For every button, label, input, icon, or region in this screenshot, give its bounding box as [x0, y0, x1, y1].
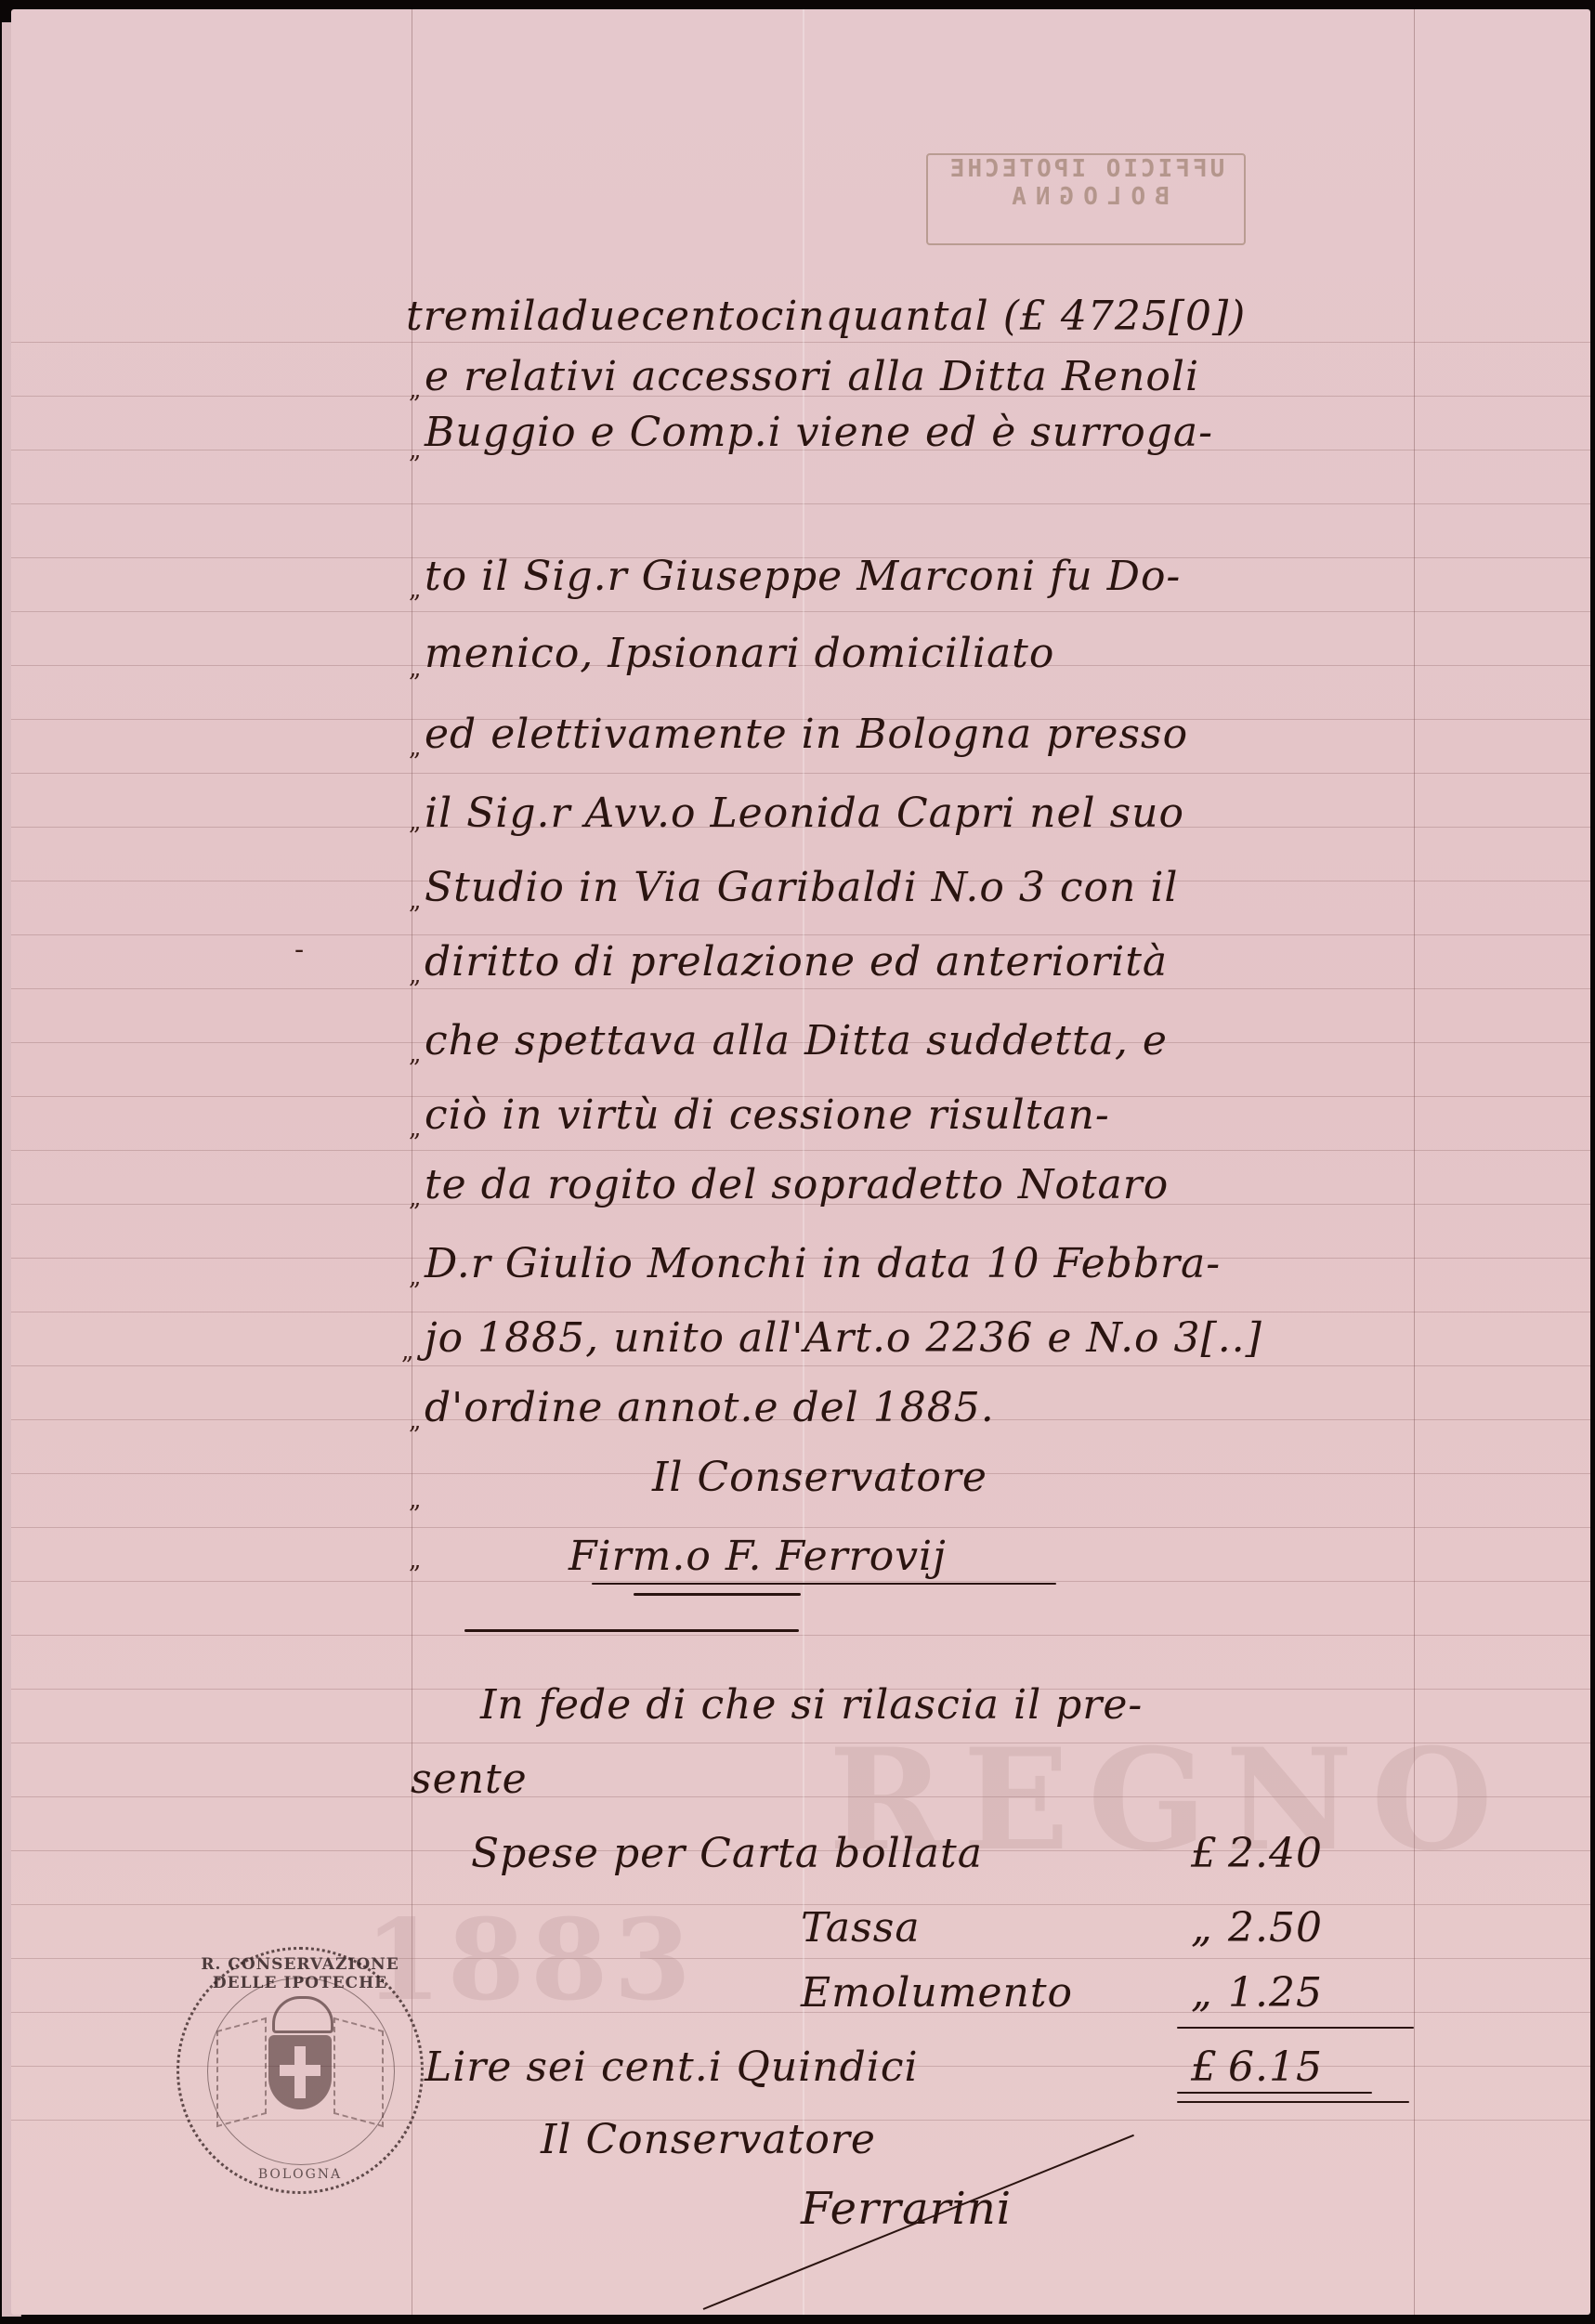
body-line: jo 1885, unito all'Art.o 2236 e N.o 3[..… — [425, 1314, 1262, 1362]
margin-mark: „ — [409, 437, 421, 464]
fee-amount: 2.40 — [1228, 1830, 1323, 1877]
margin-mark: „ — [401, 1338, 413, 1365]
first-signature-title: Il Conservatore — [652, 1454, 987, 1501]
body-line: tremiladuecentocinquantal (£ 4725[0]) — [406, 293, 1246, 340]
flags-icon — [333, 2017, 384, 2127]
second-signature-title: Il Conservatore — [541, 2116, 876, 2163]
total-amount: 6.15 — [1228, 2043, 1323, 2091]
flags-icon — [216, 2017, 267, 2127]
document-page: REGNO 1883 UFFICIO IPOTECHE BOLOGNA trem… — [11, 9, 1590, 2315]
fees-intro-line: In fede di che si rilascia il pre- — [480, 1681, 1143, 1729]
official-seal: R. CONSERVAZIONE DELLE IPOTECHE BOLOGNA — [176, 1947, 424, 2194]
fee-currency: £ — [1191, 1830, 1218, 1877]
fee-currency: „ — [1191, 1969, 1213, 2017]
body-line: D.r Giulio Monchi in data 10 Febbra- — [425, 1240, 1221, 1287]
total-label: Lire sei cent.i Quindici — [425, 2043, 919, 2091]
fee-currency: „ — [1191, 1904, 1213, 1952]
margin-dash: - — [294, 934, 304, 966]
body-line: e relativi accessori alla Ditta Renoli — [425, 353, 1199, 400]
margin-mark: „ — [409, 576, 421, 604]
right-margin-rule — [1414, 9, 1415, 2315]
first-signature-flourish — [634, 1593, 801, 1596]
fee-amount: 2.50 — [1228, 1904, 1323, 1952]
total-underline — [1177, 2092, 1372, 2094]
margin-mark: „ — [409, 887, 421, 915]
office-stamp-line2: BOLOGNA — [928, 183, 1244, 211]
margin-mark: „ — [409, 961, 421, 989]
margin-mark: „ — [409, 1040, 421, 1068]
margin-mark: „ — [409, 734, 421, 762]
fee-label: Tassa — [801, 1904, 921, 1952]
body-line: menico, Ipsionari domiciliato — [425, 630, 1054, 677]
fees-intro-line: sente — [411, 1756, 528, 1803]
body-line: diritto di prelazione ed anteriorità — [425, 938, 1168, 986]
margin-mark: „ — [409, 1547, 421, 1574]
office-stamp: UFFICIO IPOTECHE BOLOGNA — [926, 153, 1246, 245]
margin-mark: „ — [409, 655, 421, 683]
margin-mark: „ — [409, 808, 421, 836]
margin-mark: „ — [409, 1407, 421, 1435]
total-double-underline — [1177, 2101, 1409, 2103]
body-line: che spettava alla Ditta suddetta, e — [425, 1017, 1168, 1064]
fees-sum-line — [1177, 2027, 1414, 2029]
section-divider — [464, 1629, 799, 1632]
body-line: d'ordine annot.e del 1885. — [425, 1384, 995, 1431]
fee-label: Spese per Carta bollata — [471, 1830, 983, 1877]
savoy-cross-shield-icon — [268, 2035, 332, 2109]
total-currency: £ — [1191, 2043, 1218, 2091]
margin-mark: „ — [409, 1263, 421, 1291]
fee-amount: 1.25 — [1228, 1969, 1323, 2017]
body-line: ciò in virtù di cessione risultan- — [425, 1091, 1110, 1139]
first-signature-name: Firm.o F. Ferrovij — [569, 1533, 947, 1580]
fee-label: Emolumento — [801, 1969, 1073, 2017]
body-line: Buggio e Comp.i viene ed è surroga- — [425, 409, 1213, 456]
first-signature-strike — [592, 1583, 1056, 1585]
seal-city: BOLOGNA — [179, 2167, 421, 2182]
body-line: ed elettivamente in Bologna presso — [425, 711, 1188, 758]
margin-mark: „ — [409, 1115, 421, 1142]
margin-mark: „ — [409, 376, 421, 404]
body-line: il Sig.r Avv.o Leonida Capri nel suo — [425, 790, 1184, 837]
body-line: Studio in Via Garibaldi N.o 3 con il — [425, 864, 1178, 911]
margin-mark: „ — [409, 1184, 421, 1212]
office-stamp-line1: UFFICIO IPOTECHE — [928, 155, 1244, 183]
margin-mark: „ — [409, 1486, 421, 1514]
body-line: to il Sig.r Giuseppe Marconi fu Do- — [425, 553, 1181, 600]
body-line: te da rogito del sopradetto Notaro — [425, 1161, 1169, 1208]
